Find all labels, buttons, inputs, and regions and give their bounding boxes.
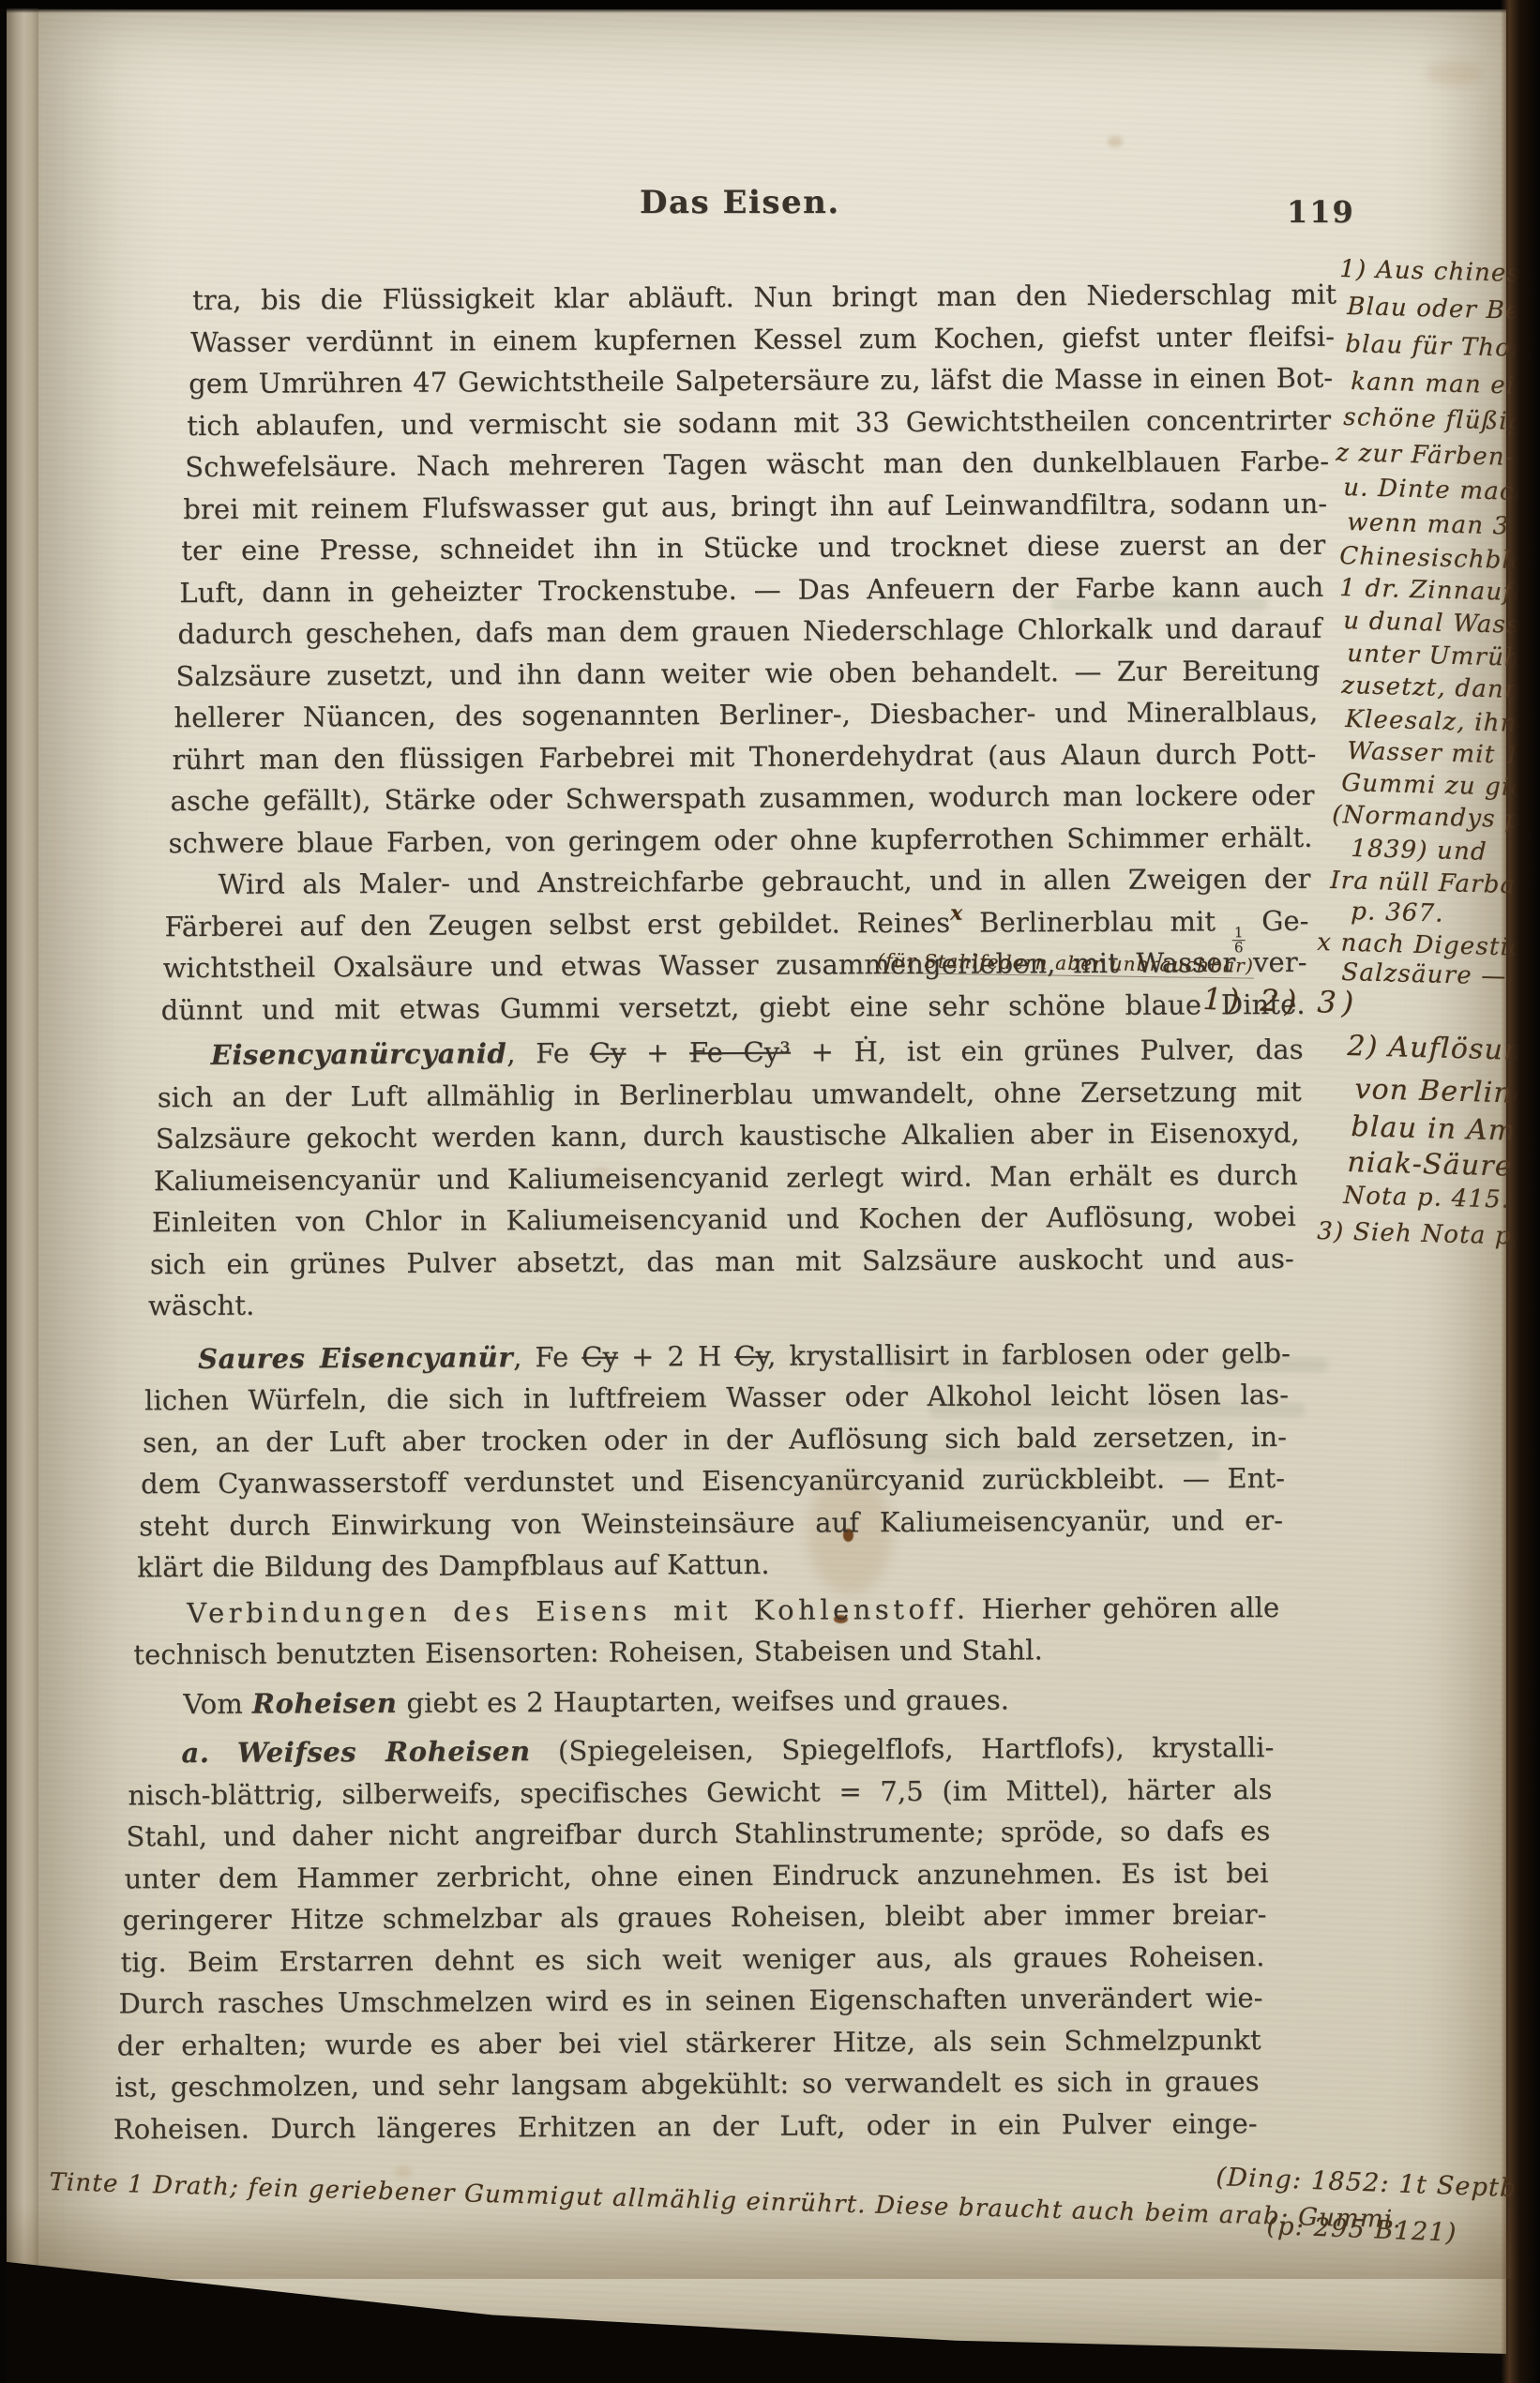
book-page-scan: Das Eisen. 119 tra, bis die Flüssigkeit …: [0, 0, 1540, 2383]
print-segment-bar: Cy: [581, 1340, 618, 1372]
print-segment: , Fe: [506, 1037, 590, 1069]
print-segment: ter eine Presse, schneidet ihn in Stücke…: [181, 529, 1325, 566]
print-segment-bar: Cy: [734, 1339, 767, 1371]
print-segment: , Fe: [513, 1340, 581, 1372]
print-line: wäscht.: [148, 1279, 1292, 1327]
page-title: Das Eisen.: [640, 184, 840, 221]
print-line: dadurch geschehen, dafs man dem grauen N…: [177, 608, 1321, 656]
print-line: unter dem Hammer zerbricht, ohne einen E…: [124, 1852, 1268, 1900]
print-segment: nisch-blättrig, silberweifs, specifische…: [128, 1772, 1272, 1810]
print-segment: sich ein grünes Pulver absetzt, das man …: [150, 1242, 1294, 1279]
print-line: Wasser verdünnt in einem kupfernen Kesse…: [190, 315, 1335, 363]
print-segment: Salzsäure gekocht werden kann, durch kau…: [156, 1117, 1300, 1154]
print-line: Schwefelsäure. Nach mehreren Tagen wäsch…: [185, 441, 1329, 489]
print-segment: tig. Beim Erstarren dehnt es sich weit w…: [121, 1940, 1265, 1978]
print-segment: , krystallisirt in farblosen oder gelb-: [767, 1336, 1291, 1371]
print-segment: wäscht.: [148, 1290, 255, 1322]
print-segment-bi: Saures Eisencyanür: [198, 1341, 513, 1375]
print-line: gem Umrühren 47 Gewichtstheile Salpeters…: [189, 357, 1333, 405]
printed-body-text: tra, bis die Flüssigkeit klar abläuft. N…: [192, 274, 1346, 2149]
print-segment: Färberei auf den Zeugen selbst erst gebi…: [165, 906, 951, 942]
print-segment-bar: Cy: [590, 1037, 627, 1069]
print-segment: Einleiten von Chlor in Kaliumeisencyanid…: [152, 1200, 1296, 1238]
print-segment: Schwefelsäure. Nach mehreren Tagen wäsch…: [185, 445, 1329, 483]
print-segment: der erhalten; wurde es aber bei viel stä…: [117, 2024, 1261, 2061]
print-line: technisch benutzten Eisensorten: Roheise…: [133, 1628, 1277, 1676]
print-line: brei mit reinem Flufswasser gut aus, bri…: [183, 482, 1327, 530]
print-segment: +: [626, 1036, 689, 1068]
print-segment: brei mit reinem Flufswasser gut aus, bri…: [183, 487, 1327, 524]
print-segment: Ge-: [1245, 904, 1308, 936]
print-line: Salzsäure gekocht werden kann, durch kau…: [156, 1112, 1300, 1160]
print-line: hellerer Nüancen, des sogenannten Berlin…: [174, 691, 1318, 739]
print-segment: unter dem Hammer zerbricht, ohne einen E…: [124, 1857, 1268, 1894]
print-segment: technisch benutzten Eisensorten: Roheise…: [133, 1634, 1043, 1670]
print-line: rührt man den flüssigen Farbebrei mit Th…: [172, 732, 1316, 780]
print-line: ist, geschmolzen, und sehr langsam abgek…: [115, 2060, 1260, 2108]
foxing-dot: [1108, 136, 1123, 147]
print-line: tig. Beim Erstarren dehnt es sich weit w…: [120, 1936, 1264, 1983]
print-segment: (Spiegeleisen, Spiegelflofs, Hartflofs),…: [531, 1731, 1275, 1767]
print-segment: Salzsäure zusetzt, und ihn dann weiter w…: [175, 654, 1320, 691]
print-segment: sich an der Luft allmählig in Berlinerbl…: [158, 1075, 1302, 1112]
print-segment-bi: Roheisen: [252, 1686, 398, 1719]
print-segment: wichtstheil Oxalsäure und etwas Wasser z…: [163, 946, 1307, 984]
foxing-dot: [1427, 61, 1483, 85]
print-line: sich ein grünes Pulver absetzt, das man …: [150, 1237, 1294, 1285]
scan-edge-left: [0, 0, 7, 2383]
print-line: a. Weifses Roheisen (Spiegeleisen, Spieg…: [181, 1727, 1274, 1774]
print-segment: tra, bis die Flüssigkeit klar abläuft. N…: [192, 279, 1336, 316]
print-segment-hwx: x: [950, 900, 962, 925]
print-segment-bar: Fe Cy³: [689, 1036, 791, 1069]
book-edge-right: [1501, 0, 1540, 2383]
print-segment: giebt es 2 Hauptarten, weifses und graue…: [397, 1683, 1009, 1718]
print-segment: Wasser verdünnt in einem kupfernen Kesse…: [190, 320, 1335, 357]
print-segment: Roheisen. Durch längeres Erhitzen an der…: [113, 2107, 1258, 2145]
print-line: der erhalten; wurde es aber bei viel stä…: [117, 2019, 1261, 2067]
print-line: Durch rasches Umschmelzen wird es in sei…: [119, 1977, 1263, 2025]
print-line: sen, an der Luft aber trocken oder in de…: [143, 1415, 1287, 1463]
previous-page-edge: [7, 0, 38, 2383]
print-segment: Stahl, und daher nicht angreifbar durch …: [126, 1815, 1270, 1852]
print-line: tich ablaufen, und vermischt sie sodann …: [187, 399, 1331, 446]
print-line: Wird als Maler- und Anstreichfarbe gebra…: [218, 858, 1310, 906]
print-line: Verbindungen des Eisens mit Kohlenstoff.…: [187, 1586, 1279, 1634]
print-segment: [209, 1737, 237, 1769]
print-segment: schwere blaue Farben, von geringem oder …: [168, 821, 1312, 858]
print-segment: gem Umrühren 47 Gewichtstheile Salpeters…: [189, 362, 1333, 400]
print-segment: Durch rasches Umschmelzen wird es in sei…: [119, 1982, 1263, 2019]
print-segment: Hierher gehören alle: [969, 1591, 1279, 1624]
scan-edge-top: [0, 0, 1540, 13]
print-segment: Wird als Maler- und Anstreichfarbe gebra…: [218, 863, 1310, 900]
print-line: steht durch Einwirkung von Weinsteinsäur…: [139, 1499, 1283, 1546]
print-segment-bi: Eisencyanürcyanid: [211, 1037, 507, 1071]
print-line: schwere blaue Farben, von geringem oder …: [168, 816, 1312, 864]
print-line: dünnt und mit etwas Gummi versetzt, gieb…: [161, 983, 1306, 1031]
print-segment: dem Cyanwasserstoff verdunstet und Eisen…: [141, 1462, 1285, 1500]
print-segment: sen, an der Luft aber trocken oder in de…: [143, 1420, 1287, 1457]
print-line: Roheisen. Durch längeres Erhitzen an der…: [113, 2103, 1258, 2150]
print-line: Salzsäure zusetzt, und ihn dann weiter w…: [175, 649, 1320, 697]
print-line: dem Cyanwasserstoff verdunstet und Eisen…: [141, 1457, 1285, 1505]
print-line: geringerer Hitze schmelzbar als graues R…: [122, 1893, 1266, 1941]
print-line: klärt die Bildung des Dampfblaus auf Kat…: [137, 1541, 1281, 1589]
print-line: sich an der Luft allmählig in Berlinerbl…: [158, 1070, 1302, 1118]
print-line: Färberei auf den Zeugen selbst erst gebi…: [164, 899, 1308, 947]
print-segment: dadurch geschehen, dafs man dem grauen N…: [177, 612, 1321, 650]
print-line: Einleiten von Chlor in Kaliumeisencyanid…: [152, 1196, 1296, 1244]
print-segment: + 2 H: [618, 1339, 734, 1372]
print-segment: klärt die Bildung des Dampfblaus auf Kat…: [137, 1548, 770, 1584]
bottom-shadow: [0, 2204, 1540, 2279]
print-segment: hellerer Nüancen, des sogenannten Berlin…: [174, 696, 1318, 733]
print-segment: geringerer Hitze schmelzbar als graues R…: [122, 1898, 1266, 1936]
print-line: nisch-blättrig, silberweifs, specifische…: [128, 1768, 1272, 1816]
print-segment-bi: Weifses Roheisen: [237, 1735, 531, 1769]
print-line: Luft, dann in geheizter Trockenstube. — …: [179, 566, 1323, 613]
page-number: 119: [1287, 194, 1355, 230]
print-segment: dünnt und mit etwas Gummi versetzt, gieb…: [161, 988, 1306, 1025]
print-segment: Berlinerblau mit: [962, 905, 1232, 939]
print-line: Stahl, und daher nicht angreifbar durch …: [126, 1810, 1270, 1858]
foxing-dot: [395, 2166, 412, 2178]
print-line: asche gefällt), Stärke oder Schwerspath …: [170, 775, 1314, 822]
print-line: Eisencyanürcyanid, Fe Cy + Fe Cy³ + Ḣ, i…: [211, 1029, 1304, 1077]
print-segment: + Ḣ, ist ein grünes Pulver, das: [791, 1033, 1304, 1068]
print-segment: Luft, dann in geheizter Trockenstube. — …: [179, 570, 1323, 608]
print-segment: Vom: [183, 1687, 252, 1719]
print-line: Saures Eisencyanür, Fe Cy + 2 H Cy, krys…: [198, 1332, 1291, 1380]
print-line: ter eine Presse, schneidet ihn in Stücke…: [181, 524, 1325, 572]
print-line: tra, bis die Flüssigkeit klar abläuft. N…: [192, 274, 1336, 322]
print-segment: rührt man den flüssigen Farbebrei mit Th…: [172, 737, 1316, 775]
print-line: wichtstheil Oxalsäure und etwas Wasser z…: [163, 942, 1307, 989]
print-segment-bi: a.: [181, 1737, 209, 1769]
print-segment: ist, geschmolzen, und sehr langsam abgek…: [115, 2065, 1260, 2103]
print-segment: tich ablaufen, und vermischt sie sodann …: [187, 403, 1331, 441]
print-segment: Kaliumeisencyanür und Kaliumeisencyanid …: [154, 1158, 1298, 1196]
print-line: Kaliumeisencyanür und Kaliumeisencyanid …: [154, 1154, 1298, 1201]
print-segment: lichen Würfeln, die sich in luftfreiem W…: [144, 1379, 1289, 1416]
print-segment: asche gefällt), Stärke oder Schwerspath …: [170, 779, 1314, 817]
print-segment: steht durch Einwirkung von Weinsteinsäur…: [139, 1503, 1283, 1541]
print-line: lichen Würfeln, die sich in luftfreiem W…: [144, 1374, 1289, 1422]
print-line: Vom Roheisen giebt es 2 Hauptarten, weif…: [183, 1677, 1276, 1725]
print-segment-sp: Verbindungen des Eisens mit Kohlenstoff.: [187, 1592, 969, 1628]
